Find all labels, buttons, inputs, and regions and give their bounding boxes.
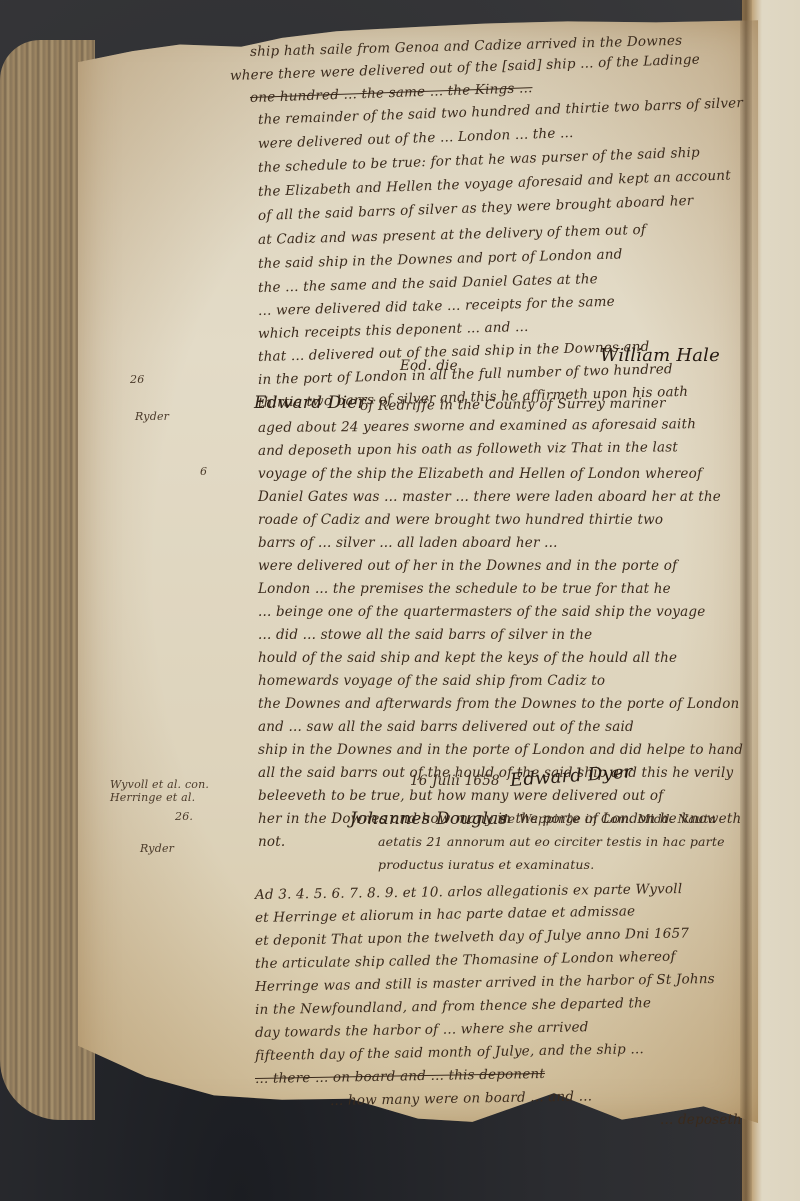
date-heading: 16 Julii 1658: [410, 773, 500, 789]
margin-note: Ryder: [140, 842, 174, 855]
text-line: voyage of the ship the Elizabeth and Hel…: [258, 466, 702, 482]
text-line: Daniel Gates was ... master ... there we…: [258, 489, 721, 505]
deponent-name: Johannes Douglas: [350, 809, 507, 829]
text-line: aetatis 21 annorum aut eo circiter testi…: [378, 834, 725, 849]
signature-william-hale: William Hale: [600, 345, 720, 366]
text-line: hould of the said ship and kept the keys…: [258, 650, 677, 666]
text-line: homewards voyage of the said ship from C…: [258, 673, 605, 689]
text-line: barrs of ... silver ... all laden aboard…: [258, 535, 558, 551]
text-line: and ... saw all the said barrs delivered…: [258, 719, 634, 735]
text-line: de Wappinge in Com. Midd. Nauta: [500, 812, 716, 826]
text-line: ... deposeth: [660, 1112, 742, 1128]
text-line: roade of Cadiz and were brought two hund…: [258, 512, 663, 528]
text-line: London ... the premises the schedule to …: [258, 581, 671, 597]
text-line: not.: [258, 834, 285, 850]
text-line: beleeveth to be true, but how many were …: [258, 788, 663, 804]
text-line: ship in the Downes and in the porte of L…: [258, 742, 743, 758]
text-line: were delivered out of her in the Downes …: [258, 558, 677, 574]
text-line: ... did ... stowe all the said barrs of …: [258, 627, 592, 643]
margin-number: 26.: [175, 810, 193, 823]
margin-note: Ryder: [135, 410, 169, 423]
text-line: ... beinge one of the quartermasters of …: [258, 604, 705, 620]
book-spine-shadow: [740, 0, 752, 1201]
margin-note-case: Wyvoll et al. con. Herringe et al.: [110, 778, 250, 804]
text-line: productus iuratus et examinatus.: [378, 857, 594, 872]
text-line: the Downes and afterwards from the Downe…: [258, 696, 739, 712]
margin-number: 26: [130, 373, 144, 386]
date-heading: Eod. die: [400, 358, 458, 374]
text-line: of Redriffe in the County of Surrey mari…: [360, 395, 666, 414]
deponent-name: Edward Dier: [254, 393, 366, 413]
paragraph-marker: 6: [200, 465, 207, 478]
